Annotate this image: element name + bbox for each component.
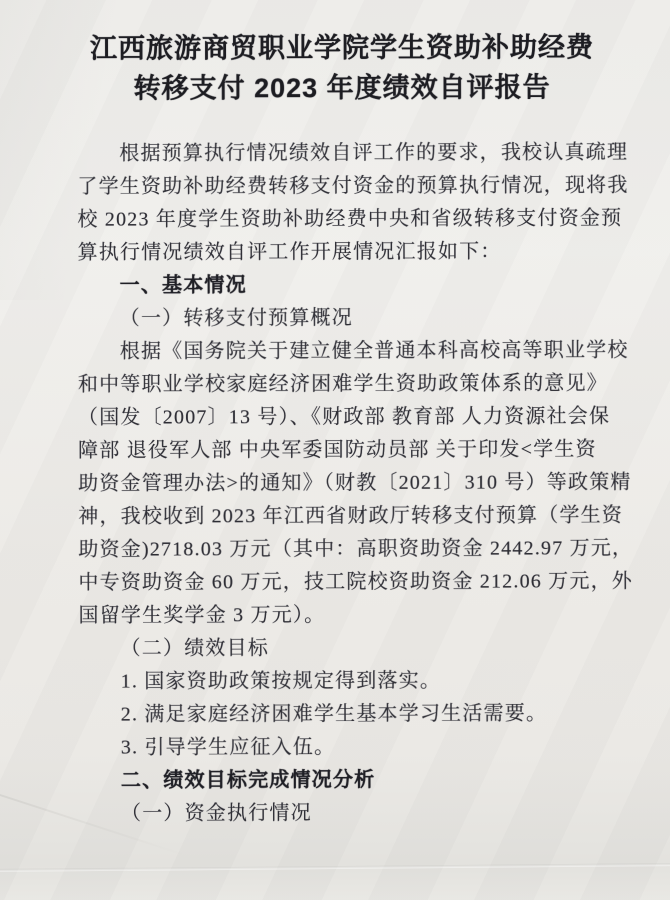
text-line: 国留学生奖学金 3 万元）。 xyxy=(78,598,608,632)
document-title-line-1: 江西旅游商贸职业学院学生资助补助经费 xyxy=(77,27,607,68)
text-line: （二）绩效目标 xyxy=(79,631,609,665)
text-line: 算执行情况绩效自评工作开展情况汇报如下： xyxy=(77,235,607,269)
text-line: 根据预算执行情况绩效自评工作的要求，我校认真疏理 xyxy=(77,136,607,170)
text-line: 3. 引导学生应征入伍。 xyxy=(79,730,609,764)
text-line: 和中等职业学校家庭经济困难学生资助政策体系的意见》 xyxy=(78,367,608,401)
text-line: 神，我校收到 2023 年江西省财政厅转移支付预算（学生资 xyxy=(78,499,608,533)
text-line: 助资金)2718.03 万元（其中：高职资助资金 2442.97 万元， xyxy=(78,532,608,566)
document-title-line-2: 转移支付 2023 年度绩效自评报告 xyxy=(77,67,607,108)
text-line: （国发〔2007〕13 号）、《财政部 教育部 人力资源社会保 xyxy=(78,400,608,434)
text-line: （一）资金执行情况 xyxy=(79,796,609,830)
document-content: 江西旅游商贸职业学院学生资助补助经费 转移支付 2023 年度绩效自评报告 根据… xyxy=(77,27,609,830)
document-body: 根据预算执行情况绩效自评工作的要求，我校认真疏理了学生资助补助经费转移支付资金的… xyxy=(77,136,609,830)
text-line: 助资金管理办法>的通知》（财教〔2021〕310 号）等政策精 xyxy=(78,466,608,500)
text-line: 2. 满足家庭经济困难学生基本学习生活需要。 xyxy=(79,697,609,731)
text-line: 二、绩效目标完成情况分析 xyxy=(79,763,609,797)
text-line: 一、基本情况 xyxy=(78,268,608,302)
text-line: 1. 国家资助政策按规定得到落实。 xyxy=(79,664,609,698)
text-line: 中专资助资金 60 万元，技工院校资助资金 212.06 万元，外 xyxy=(78,565,608,599)
text-line: 了学生资助补助经费转移支付资金的预算执行情况，现将我 xyxy=(77,169,607,203)
text-line: 障部 退役军人部 中央军委国防动员部 关于印发<学生资 xyxy=(78,433,608,467)
document-title: 江西旅游商贸职业学院学生资助补助经费 转移支付 2023 年度绩效自评报告 xyxy=(77,27,607,108)
scanned-page: 江西旅游商贸职业学院学生资助补助经费 转移支付 2023 年度绩效自评报告 根据… xyxy=(0,0,670,900)
text-line: 根据《国务院关于建立健全普通本科高校高等职业学校 xyxy=(78,334,608,368)
text-line: 校 2023 年度学生资助补助经费中央和省级转移支付资金预 xyxy=(77,202,607,236)
paper-crease-bottom xyxy=(0,863,670,872)
text-line: （一）转移支付预算概况 xyxy=(78,301,608,335)
